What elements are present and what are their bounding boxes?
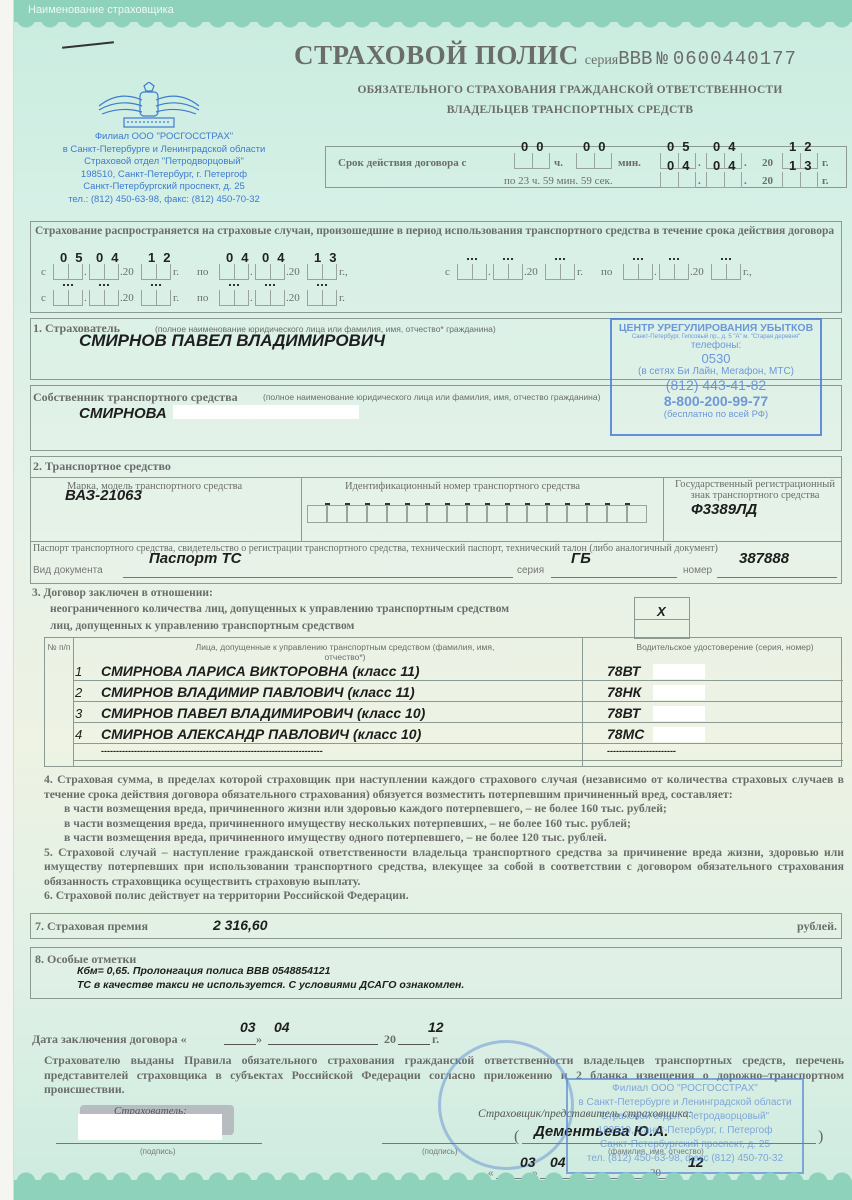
- divider: [582, 638, 583, 766]
- dot-sep: .: [744, 157, 747, 169]
- period-label: .: [84, 266, 87, 278]
- year-prefix: 20: [384, 1032, 396, 1047]
- redacted-license-number: [653, 727, 705, 742]
- empty-row-filler: -----------------------: [607, 746, 676, 756]
- driver-name: СМИРНОВА ЛАРИСА ВИКТОРОВНА (класс 11): [101, 663, 420, 679]
- empty-dash: [721, 258, 731, 260]
- year-prefix: 20: [762, 157, 773, 169]
- contract-month: 04: [274, 1019, 290, 1035]
- term-4b: в части возмещения вреда, причиненного и…: [44, 817, 844, 832]
- empty-dash: [485, 503, 490, 505]
- empty-row-filler: ----------------------------------------…: [101, 746, 323, 756]
- date-month-line: [268, 1044, 378, 1045]
- empty-dash: [545, 503, 550, 505]
- drivers-table: № п/п Лица, допущенные к управлению тран…: [44, 637, 842, 767]
- premium-section: 7. Страховая премия 2 316,60 рублей.: [30, 913, 842, 939]
- round-stamp-icon: [438, 1040, 574, 1170]
- plate-value: Ф3389ЛД: [691, 501, 757, 518]
- period-to-year: 13: [307, 264, 337, 280]
- col-license-header: Водительское удостоверение (серия, номер…: [625, 642, 825, 652]
- subtitle-line-1: ОБЯЗАТЕЛЬНОГО СТРАХОВАНИЯ ГРАЖДАНСКОЙ ОТ…: [294, 80, 846, 100]
- policyholder-signature-caption: (подпись): [140, 1147, 176, 1156]
- empty-dash: [565, 503, 570, 505]
- divider: [663, 477, 664, 541]
- divider: [31, 541, 841, 542]
- limited-checkmark[interactable]: X: [657, 604, 666, 619]
- empty-dash: [317, 284, 327, 286]
- stamp-short-number: 0530: [612, 351, 820, 366]
- period-label: .20: [286, 292, 300, 304]
- driver-name: СМИРНОВ ПАВЕЛ ВЛАДИМИРОВИЧ (класс 10): [101, 705, 425, 721]
- vin-char-box: [407, 505, 427, 523]
- empty-dash: [325, 503, 330, 505]
- option-limited[interactable]: лиц, допущенных к управлению транспортны…: [50, 620, 354, 632]
- stamp-free-note: (бесплатно по всей РФ): [612, 409, 820, 420]
- period-label: г.: [577, 266, 583, 278]
- driver-num: 1: [75, 664, 82, 679]
- vin-char-box: [327, 505, 347, 523]
- special-note-2: ТС в качестве такси не используется. С у…: [77, 979, 464, 991]
- term-5: 5. Страховой случай – наступление гражда…: [44, 846, 844, 890]
- branch-stamp-line: в Санкт-Петербурге и Ленинградской облас…: [568, 1096, 802, 1110]
- eagle-emblem-icon: [94, 82, 204, 130]
- period-label: г.: [173, 292, 179, 304]
- period-from-month: [493, 264, 523, 280]
- period-to-month: [255, 290, 285, 306]
- vin-char-box: [627, 505, 647, 523]
- period-from-day: [457, 264, 487, 280]
- vin-char-box: [467, 505, 487, 523]
- driver-license: 78МС: [607, 726, 644, 742]
- hour-unit: ч.: [554, 157, 563, 169]
- vin-char-box: [387, 505, 407, 523]
- validity-to-label: по 23 ч. 59 мин. 59 сек.: [504, 175, 613, 187]
- doc-type-value: Паспорт ТС: [149, 550, 241, 567]
- claims-center-stamp: ЦЕНТР УРЕГУЛИРОВАНИЯ УБЫТКОВ Санкт-Петер…: [610, 318, 822, 436]
- vehicle-section: 2. Транспортное средство Марка, модель т…: [30, 456, 842, 584]
- insurer-signature-line: [382, 1143, 516, 1144]
- vin-char-box: [587, 505, 607, 523]
- date-year-line: [398, 1044, 430, 1045]
- empty-dash: [345, 503, 350, 505]
- period-label: по: [197, 266, 208, 278]
- insurance-policy-document: Наименование страховщика Филиал ООО "РОС…: [14, 0, 852, 1200]
- empty-dash: [669, 258, 679, 260]
- branch-stamp-line: 198510, Санкт-Петербург, г. Петергоф: [568, 1124, 802, 1138]
- branch-stamp-line: Филиал ООО "РОСГОССТРАХ": [568, 1082, 802, 1096]
- vin-label: Идентификационный номер транспортного ср…: [345, 481, 580, 492]
- branch-stamp: Филиал ООО "РОСГОССТРАХ" в Санкт-Петербу…: [566, 1078, 804, 1174]
- period-label: .: [250, 266, 253, 278]
- vin-char-box: [307, 505, 327, 523]
- empty-dash: [525, 503, 530, 505]
- dot-sep: .: [744, 175, 747, 187]
- contract-label: 3. Договор заключен в отношении:: [32, 587, 213, 599]
- empty-dash: [633, 258, 643, 260]
- doc-number-line: [717, 577, 837, 578]
- period-label: .: [250, 292, 253, 304]
- vin-char-box: [567, 505, 587, 523]
- terms-block: 4. Страховая сумма, в пределах которой с…: [44, 773, 844, 904]
- paren-close: ): [818, 1128, 823, 1146]
- doc-type-line: [123, 577, 513, 578]
- option-unlimited[interactable]: неограниченного количества лиц, допущенн…: [50, 603, 509, 615]
- to-month-field: 04: [706, 172, 742, 188]
- empty-dash: [229, 284, 239, 286]
- from-month-value: 04: [707, 139, 741, 154]
- contract-checkbox-group: X: [634, 597, 690, 639]
- insurer-signature-caption: (подпись): [422, 1147, 458, 1156]
- term-6: 6. Страховой полис действует на территор…: [44, 889, 844, 904]
- empty-dash: [585, 503, 590, 505]
- insurer-region: в Санкт-Петербурге и Ленинградской облас…: [34, 144, 294, 157]
- period-label: г.,: [743, 266, 752, 278]
- period-to-year-value: 13: [308, 250, 336, 265]
- date-day-line: [224, 1044, 256, 1045]
- driver-num: 3: [75, 706, 82, 721]
- to-day-field: 04: [660, 172, 696, 188]
- make-value: ВАЗ-21063: [65, 487, 142, 504]
- title-text: СТРАХОВОЙ ПОЛИС: [294, 40, 579, 70]
- driver-num: 2: [75, 685, 82, 700]
- vin-char-box: [507, 505, 527, 523]
- redacted-license-number: [653, 685, 705, 700]
- dot-sep: .: [698, 157, 701, 169]
- owner-name: СМИРНОВА: [79, 405, 167, 422]
- doc-type-label: Вид документа: [33, 565, 103, 576]
- empty-dash: [63, 284, 73, 286]
- doc-number-value: 387888: [739, 550, 789, 567]
- policyholder-name: СМИРНОВ ПАВЕЛ ВЛАДИМИРОВИЧ: [79, 331, 385, 351]
- divider: [301, 477, 302, 541]
- owner-label: Собственник транспортного средства: [33, 390, 238, 405]
- pen-mark: [62, 41, 114, 48]
- owner-note: (полное наименование юридического лица и…: [263, 392, 600, 402]
- from-year-value: 12: [783, 139, 817, 154]
- period-to-month: [659, 264, 689, 280]
- empty-dash: [445, 503, 450, 505]
- bottom-decorative-band: [14, 1180, 852, 1200]
- empty-dash: [555, 258, 565, 260]
- empty-dash: [99, 284, 109, 286]
- quote-close: »: [256, 1032, 262, 1047]
- period-label: г.,: [339, 266, 348, 278]
- empty-dash: [385, 503, 390, 505]
- from-min-value: 00: [577, 139, 611, 154]
- contract-day: 03: [240, 1019, 256, 1035]
- vin-char-box: [607, 505, 627, 523]
- period-from-month: [89, 290, 119, 306]
- stamp-operators: (в сетях Би Лайн, Мегафон, МТС): [612, 366, 820, 377]
- period-label: г.: [173, 266, 179, 278]
- usage-period-section: Страхование распространяется на страховы…: [30, 221, 842, 313]
- vehicle-label: 2. Транспортное средство: [33, 459, 171, 474]
- driver-name: СМИРНОВ АЛЕКСАНДР ПАВЛОВИЧ (класс 10): [101, 726, 421, 742]
- branch-stamp-line: тел. (812) 450-63-98, факс (812) 450-70-…: [568, 1152, 802, 1166]
- vin-char-box: [427, 505, 447, 523]
- insurer-phone: тел.: (812) 450-63-98, факс: (812) 450-7…: [34, 194, 294, 207]
- empty-dash: [365, 503, 370, 505]
- plate-label: Государственный регистрационный знак тра…: [667, 479, 843, 501]
- top-scallop-border: [14, 18, 852, 30]
- driver-name: СМИРНОВ ВЛАДИМИР ПАВЛОВИЧ (класс 11): [101, 684, 415, 700]
- year-prefix: 20: [762, 175, 773, 187]
- period-from-day: [53, 290, 83, 306]
- policy-series: ВВВ: [618, 48, 652, 70]
- vin-char-box: [367, 505, 387, 523]
- from-hour-field: 00: [514, 153, 550, 169]
- insurer-name: Филиал ООО "РОСГОССТРАХ": [34, 131, 294, 144]
- insurer-address-block: Филиал ООО "РОСГОССТРАХ" в Санкт-Петербу…: [34, 131, 294, 206]
- validity-period-box: Срок действия договора с 00 ч. 00 мин. 0…: [325, 146, 847, 188]
- col-num-header: № п/п: [45, 642, 73, 652]
- redacted-license-number: [653, 664, 705, 679]
- period-label: .20: [120, 292, 134, 304]
- insurer-postal: 198510, Санкт-Петербург, г. Петергоф: [34, 169, 294, 182]
- period-from-month-value: 04: [90, 250, 118, 265]
- period-from-year-value: 12: [142, 250, 170, 265]
- empty-dash: [425, 503, 430, 505]
- period-from-year: [545, 264, 575, 280]
- stamp-toll-free: 8-800-200-99-77: [612, 393, 820, 409]
- year-unit: г.: [822, 175, 829, 187]
- term-4c: в части возмещения вреда, причиненного и…: [44, 831, 844, 846]
- redacted-license-number: [653, 706, 705, 721]
- premium-value: 2 316,60: [213, 917, 268, 933]
- row-divider: [73, 722, 843, 723]
- row-divider: [73, 760, 843, 761]
- driver-license: 78ВТ: [607, 705, 640, 721]
- to-month-value: 04: [707, 158, 741, 173]
- empty-dash: [605, 503, 610, 505]
- doc-series-label: серия: [517, 565, 544, 576]
- period-from-day-value: 05: [54, 250, 82, 265]
- paren-open: (: [514, 1128, 519, 1146]
- to-day-value: 04: [661, 158, 695, 173]
- driver-license: 78ВТ: [607, 663, 640, 679]
- period-to-month-value: 04: [256, 250, 284, 265]
- row-divider: [73, 743, 843, 744]
- stamp-phones-label: телефоны:: [612, 340, 820, 351]
- empty-dash: [467, 258, 477, 260]
- period-label: по: [197, 292, 208, 304]
- to-year-field: 13: [782, 172, 818, 188]
- vin-char-box: [527, 505, 547, 523]
- vin-char-box: [447, 505, 467, 523]
- vin-char-box: [487, 505, 507, 523]
- empty-dash: [503, 258, 513, 260]
- doc-number-label: номер: [683, 565, 712, 576]
- subtitle-line-2: ВЛАДЕЛЬЦЕВ ТРАНСПОРТНЫХ СРЕДСТВ: [294, 100, 846, 120]
- period-to-day: 04: [219, 264, 249, 280]
- special-note-1: Кбм= 0,65. Пролонгация полиса ВВВ 054885…: [77, 965, 330, 977]
- signature-line: [56, 1143, 262, 1144]
- policy-number: 0600440177: [673, 48, 797, 70]
- period-to-day: [219, 290, 249, 306]
- period-from-day: 05: [53, 264, 83, 280]
- stamp-city-phone: (812) 443-41-82: [612, 377, 820, 393]
- policy-title: СТРАХОВОЙ ПОЛИСсерияВВВ № 0600440177: [294, 40, 797, 71]
- empty-dash: [465, 503, 470, 505]
- col-name-header: Лица, допущенные к управлению транспортн…: [195, 642, 495, 662]
- period-to-month: 04: [255, 264, 285, 280]
- row-divider: [73, 701, 843, 702]
- period-label: .: [84, 292, 87, 304]
- period-label: .20: [286, 266, 300, 278]
- stamp-title: ЦЕНТР УРЕГУЛИРОВАНИЯ УБЫТКОВ: [612, 322, 820, 334]
- empty-dash: [405, 503, 410, 505]
- redacted-owner-name: [173, 405, 359, 419]
- period-from-month: 04: [89, 264, 119, 280]
- scan-margin: [0, 0, 14, 1200]
- branch-stamp-line: Санкт-Петербургский проспект, д. 25: [568, 1138, 802, 1152]
- empty-dash: [151, 284, 161, 286]
- special-notes-section: 8. Особые отметки Кбм= 0,65. Пролонгация…: [30, 947, 842, 999]
- period-label: .20: [690, 266, 704, 278]
- branch-stamp-line: Страховой отдел "Петродворцовый": [568, 1110, 802, 1124]
- redacted-policyholder-signature: [78, 1114, 222, 1140]
- issue-day: 03: [520, 1154, 536, 1170]
- row-divider: [73, 680, 843, 681]
- period-label: с: [41, 266, 46, 278]
- year-unit: г.: [822, 157, 829, 169]
- period-from-year: [141, 290, 171, 306]
- period-from-year: 12: [141, 264, 171, 280]
- period-label: с: [445, 266, 450, 278]
- driver-license: 78НК: [607, 684, 641, 700]
- period-label: .: [654, 266, 657, 278]
- doc-series-line: [551, 577, 677, 578]
- dot-sep: .: [698, 175, 701, 187]
- term-4a: в части возмещения вреда, причиненного ж…: [44, 802, 844, 817]
- from-hour-value: 00: [515, 139, 549, 154]
- insurer-department: Страховой отдел "Петродворцовый": [34, 156, 294, 169]
- vin-char-box: [547, 505, 567, 523]
- empty-dash: [265, 284, 275, 286]
- driver-num: 4: [75, 727, 82, 742]
- premium-currency: рублей.: [797, 919, 837, 934]
- empty-dash: [625, 503, 630, 505]
- validity-from-label: Срок действия договора с: [338, 157, 466, 169]
- period-label: г.: [339, 292, 345, 304]
- period-label: с: [41, 292, 46, 304]
- insurer-caption: Наименование страховщика: [28, 4, 174, 16]
- usage-period-text: Страхование распространяется на страховы…: [35, 224, 839, 239]
- divider: [635, 619, 689, 620]
- period-to-day-value: 04: [220, 250, 248, 265]
- contract-year: 12: [428, 1019, 444, 1035]
- period-to-year: [307, 290, 337, 306]
- period-to-year: [711, 264, 741, 280]
- vehicle-doc-label: Паспорт транспортного средства, свидетел…: [33, 543, 718, 554]
- series-word: серия: [585, 53, 619, 68]
- issue-month: 04: [550, 1154, 566, 1170]
- insurer-street: Санкт-Петербургский проспект, д. 25: [34, 181, 294, 194]
- term-4: 4. Страховая сумма, в пределах которой с…: [44, 773, 844, 801]
- policy-subtitle: ОБЯЗАТЕЛЬНОГО СТРАХОВАНИЯ ГРАЖДАНСКОЙ ОТ…: [294, 80, 846, 120]
- to-year-value: 13: [783, 158, 817, 173]
- from-min-field: 00: [576, 153, 612, 169]
- doc-series-value: ГБ: [571, 550, 591, 567]
- divider: [31, 477, 841, 478]
- period-label: .20: [524, 266, 538, 278]
- min-unit: мин.: [618, 157, 641, 169]
- vin-char-box: [347, 505, 367, 523]
- period-label: .: [488, 266, 491, 278]
- premium-label: 7. Страховая премия: [35, 919, 148, 934]
- number-sign: №: [656, 48, 668, 70]
- period-to-day: [623, 264, 653, 280]
- period-label: .20: [120, 266, 134, 278]
- period-label: по: [601, 266, 612, 278]
- from-day-value: 05: [661, 139, 695, 154]
- empty-dash: [505, 503, 510, 505]
- divider: [73, 638, 74, 766]
- contract-date-label: Дата заключения договора «: [32, 1032, 187, 1047]
